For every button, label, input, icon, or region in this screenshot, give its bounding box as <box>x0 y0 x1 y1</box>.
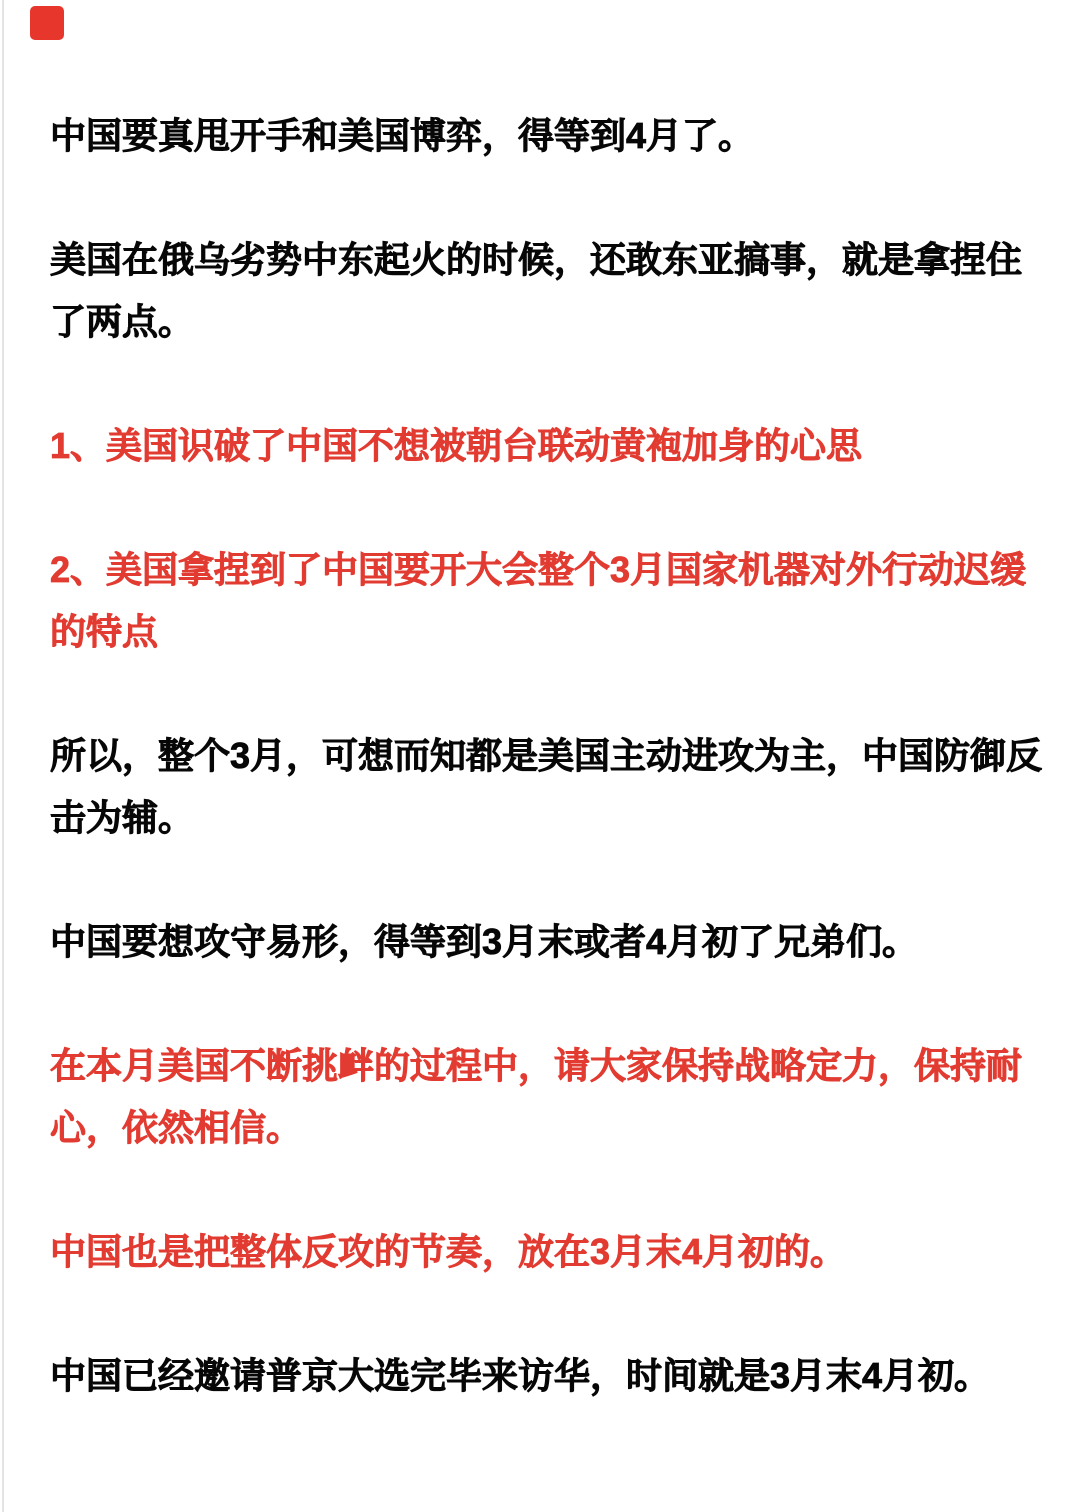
paragraph-5: 所以，整个3月，可想而知都是美国主动进攻为主，中国防御反击为辅。 <box>50 725 1050 849</box>
paragraph-7: 在本月美国不断挑衅的过程中，请大家保持战略定力，保持耐心，依然相信。 <box>50 1035 1050 1159</box>
paragraph-8: 中国也是把整体反攻的节奏，放在3月末4月初的。 <box>50 1221 1050 1283</box>
paragraph-4: 2、美国拿捏到了中国要开大会整个3月国家机器对外行动迟缓的特点 <box>50 539 1050 663</box>
paragraph-6: 中国要想攻守易形，得等到3月末或者4月初了兄弟们。 <box>50 911 1050 973</box>
paragraph-3: 1、美国识破了中国不想被朝台联动黄袍加身的心思 <box>50 415 1050 477</box>
screenshot-left-edge-line <box>2 0 4 1512</box>
paragraph-1: 中国要真甩开手和美国博弈，得等到4月了。 <box>50 105 1050 167</box>
red-corner-mark <box>30 6 64 40</box>
paragraph-2: 美国在俄乌劣势中东起火的时候，还敢东亚搞事，就是拿捏住了两点。 <box>50 229 1050 353</box>
paragraph-9: 中国已经邀请普京大选完毕来访华，时间就是3月末4月初。 <box>50 1345 1050 1407</box>
article-body: 中国要真甩开手和美国博弈，得等到4月了。美国在俄乌劣势中东起火的时候，还敢东亚搞… <box>50 105 1050 1469</box>
